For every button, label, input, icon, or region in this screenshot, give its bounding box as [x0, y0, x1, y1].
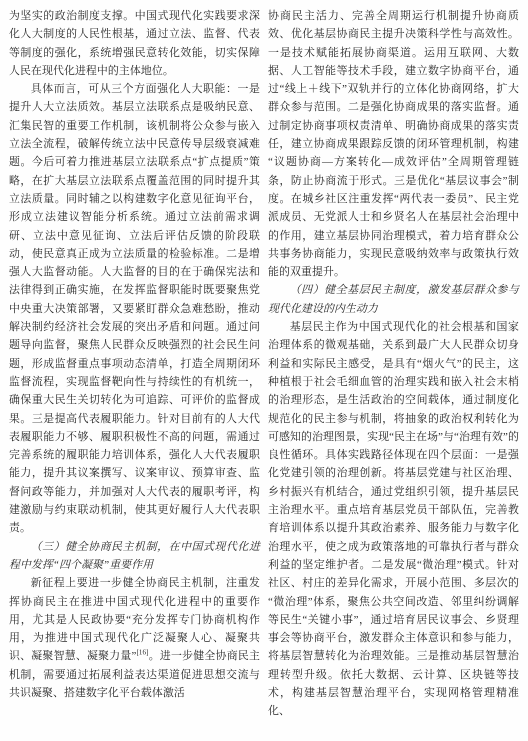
right-column: 协商民主活力、完善全周期运行机制提升协商质效、优化基层协商民主提升决策科学性与高… — [268, 7, 519, 721]
paragraph-consultative-democracy: 新征程上要进一步健全协商民主机制，注重发挥协商民主在推进中国式现代化进程中的重要… — [9, 574, 260, 702]
journal-page: 为坚实的政治制度支撑。中国式现代化实践要求深化人大制度的人民性根基，通过立法、监… — [0, 0, 528, 741]
paragraph-continuation: 协商民主活力、完善全周期运行机制提升协商质效、优化基层协商民主提升决策科学性与高… — [268, 7, 519, 281]
paragraph-continuation: 为坚实的政治制度支撑。中国式现代化实践要求深化人大制度的人民性根基，通过立法、监… — [9, 7, 260, 80]
section-heading-three: （三）健全协商民主机制，在中国式现代化进程中发挥“四个凝聚”重要作用 — [9, 538, 260, 575]
section-heading-four: （四）健全基层民主制度，激发基层群众参与现代化建设的内生动力 — [268, 281, 519, 318]
paragraph-npc-functions: 具体而言，可从三个方面强化人大职能：一是提升人大立法质效。基层立法联系点是吸纳民… — [9, 80, 260, 537]
paragraph-grassroots-democracy: 基层民主作为中国式现代化的社会根基和国家治理体系的微观基础，关系到最广大人民群众… — [268, 318, 519, 721]
citation-ref-16: [16] — [137, 649, 149, 657]
left-column: 为坚实的政治制度支撑。中国式现代化实践要求深化人大制度的人民性根基，通过立法、监… — [9, 7, 260, 702]
